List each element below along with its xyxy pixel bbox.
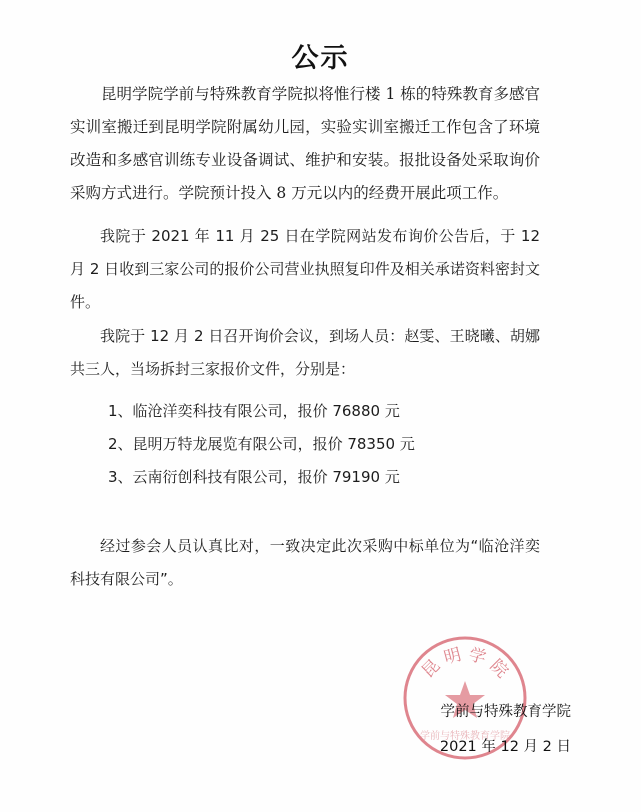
paragraph-meeting: 我院于 12 月 2 日召开询价会议，到场人员：赵雯、王晓曦、胡娜共三人，当场拆… [70, 320, 540, 386]
bid-price-label: ，报价 [283, 468, 333, 486]
bid-price: 76880 [332, 402, 380, 420]
bid-price-label: ，报价 [283, 402, 333, 420]
bid-price-label: ，报价 [298, 435, 348, 453]
signoff-block: 学前与特殊教育学院 2021 年 12 月 2 日 [440, 700, 571, 756]
signoff-date: 2021 年 12 月 2 日 [440, 735, 571, 756]
bid-item: 1、临沧洋奕科技有限公司，报价 76880 元 [108, 400, 400, 421]
bid-index: 1、 [108, 402, 133, 420]
bid-price: 78350 [347, 435, 395, 453]
bid-index: 3、 [108, 468, 133, 486]
bid-price: 79190 [332, 468, 380, 486]
svg-text:昆 明 学 院: 昆 明 学 院 [418, 645, 512, 682]
bid-company: 昆明万特龙展览有限公司 [133, 435, 298, 453]
paragraph-announcement: 我院于 2021 年 11 月 25 日在学院网站发布询价公告后，于 12 月 … [70, 220, 540, 319]
document-page: 公示 昆明学院学前与特殊教育学院拟将惟行楼 1 栋的特殊教育多感官实训室搬迁到昆… [0, 0, 641, 812]
paragraph-intro: 昆明学院学前与特殊教育学院拟将惟行楼 1 栋的特殊教育多感官实训室搬迁到昆明学院… [70, 78, 540, 210]
bid-index: 2、 [108, 435, 133, 453]
bid-unit: 元 [380, 468, 400, 486]
bid-unit: 元 [380, 402, 400, 420]
bid-company: 临沧洋奕科技有限公司 [133, 402, 283, 420]
bid-item: 3、云南衍创科技有限公司，报价 79190 元 [108, 466, 400, 487]
signoff-organization: 学前与特殊教育学院 [440, 700, 571, 721]
bid-unit: 元 [395, 435, 415, 453]
bid-company: 云南衍创科技有限公司 [133, 468, 283, 486]
bid-item: 2、昆明万特龙展览有限公司，报价 78350 元 [108, 433, 415, 454]
paragraph-decision: 经过参会人员认真比对，一致决定此次采购中标单位为“临沧洋奕科技有限公司”。 [70, 530, 540, 596]
page-title: 公示 [0, 36, 641, 75]
